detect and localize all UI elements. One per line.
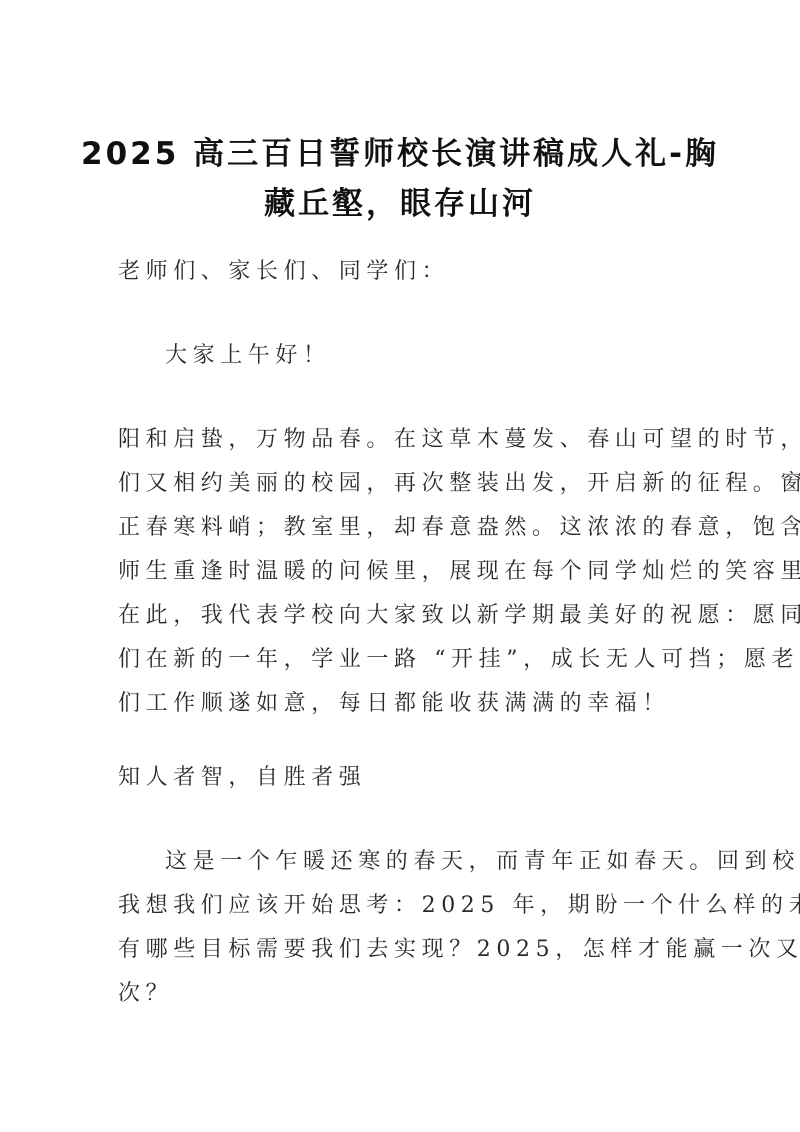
paragraph-1-line: 们在新的一年，学业一路 “开挂”，成长无人可挡；愿老师 <box>118 642 800 673</box>
section-heading: 知人者智，自胜者强 <box>118 760 366 791</box>
greeting: 大家上午好！ <box>165 338 331 369</box>
salutation: 老师们、家长们、同学们： <box>118 254 449 285</box>
paragraph-1-line: 阳和启蛰，万物品春。在这草木蔓发、春山可望的时节，我 <box>118 422 800 453</box>
paragraph-1-line: 师生重逢时温暖的问候里，展现在每个同学灿烂的笑容里。 <box>118 554 800 585</box>
document-title-line-1: 2025 高三百日誓师校长演讲稿成人礼-胸 <box>0 128 800 173</box>
paragraph-1-line: 们工作顺遂如意，每日都能收获满满的幸福！ <box>118 686 670 717</box>
paragraph-1-line: 正春寒料峭；教室里，却春意盎然。这浓浓的春意，饱含在 <box>118 510 800 541</box>
paragraph-2-line: 有哪些目标需要我们去实现？2025，怎样才能赢一次又赢一 <box>118 932 800 963</box>
paragraph-2-line: 我想我们应该开始思考：2025 年，期盼一个什么样的未来？ <box>118 888 800 919</box>
paragraph-1-line: 在此，我代表学校向大家致以新学期最美好的祝愿：愿同学 <box>118 598 800 629</box>
document-title-line-2: 藏丘壑，眼存山河 <box>0 178 800 223</box>
paragraph-2-line: 次？ <box>118 976 173 1007</box>
paragraph-2-line: 这是一个乍暖还寒的春天，而青年正如春天。回到校园， <box>165 844 800 875</box>
paragraph-1-line: 们又相约美丽的校园，再次整装出发，开启新的征程。窗外， <box>118 466 800 497</box>
